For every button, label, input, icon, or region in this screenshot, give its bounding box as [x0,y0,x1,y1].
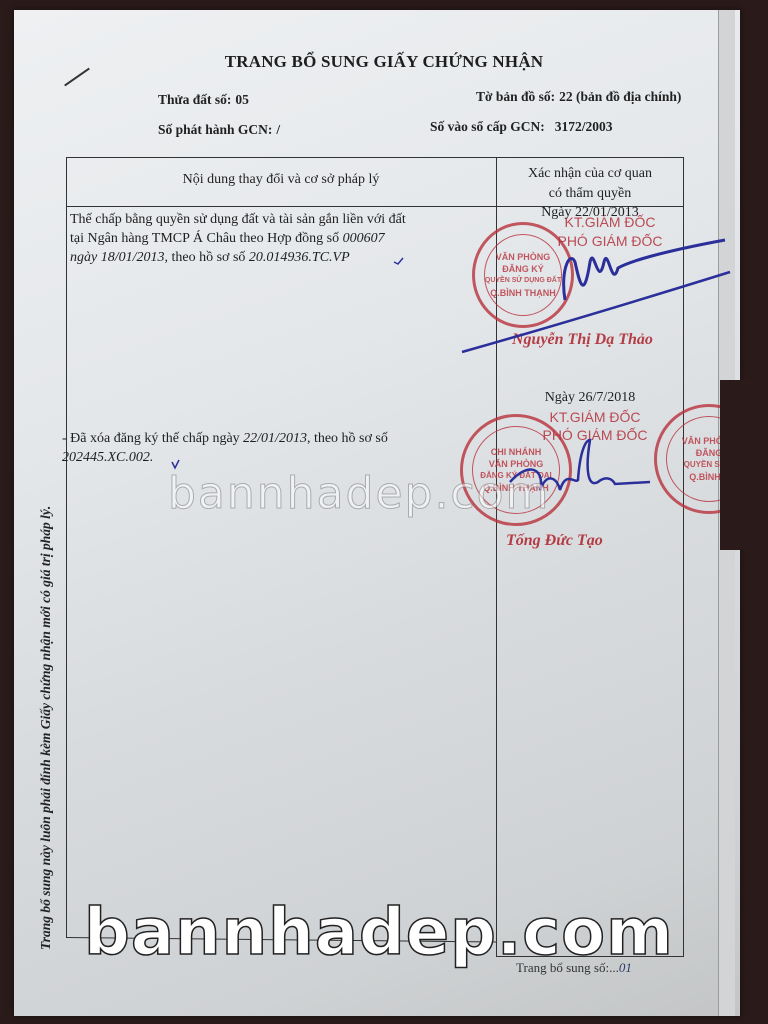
watermark-faint: bannhadep.com [168,468,550,519]
binding-notice: Trang bổ sung này luôn phải đính kèm Giấ… [38,506,54,950]
watermark-strong: bannhadep.com [84,896,674,970]
